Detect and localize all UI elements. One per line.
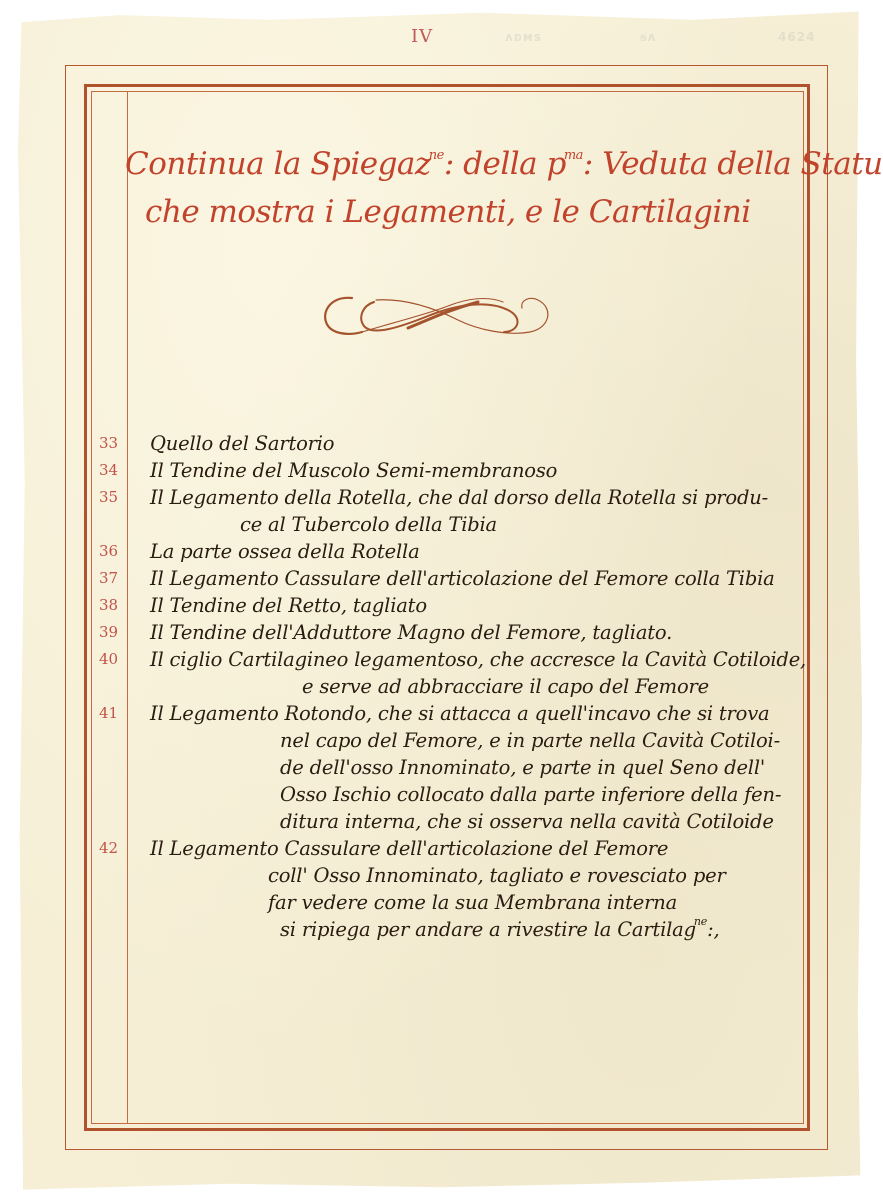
entry-number: 37 — [92, 565, 125, 592]
title-text: Continua la Spiegaz — [125, 146, 431, 182]
entry-text: Il Legamento Cassulare dell'articolazion… — [92, 835, 804, 862]
entry-text: Quello del Sartorio — [92, 430, 804, 457]
legend-entry-35: 35 Il Legamento della Rotella, che dal d… — [92, 484, 804, 538]
entry-text: Il Tendine del Retto, tagliato — [92, 592, 804, 619]
entry-number: 36 — [92, 538, 125, 565]
bleed-through-stamp: 4624 — [778, 30, 815, 44]
title-line-1: Continua la Spiegazne: della pma: Veduta… — [125, 140, 805, 188]
entry-text: Il Tendine dell'Adduttore Magno del Femo… — [92, 619, 804, 646]
entry-number: 34 — [92, 457, 125, 484]
bleed-through-stamp: ᴧᴅᴍs — [505, 30, 542, 44]
legend-entry-41: 41 Il Legamento Rotondo, che si attacca … — [92, 700, 804, 835]
title-text: : Veduta della Statua — [583, 146, 883, 182]
entry-text: Il Legamento Rotondo, che si attacca a q… — [92, 700, 804, 727]
page-title: Continua la Spiegazne: della pma: Veduta… — [125, 140, 805, 236]
entry-number: 40 — [92, 646, 125, 673]
legend-entry-36: 36 La parte ossea della Rotella — [92, 538, 804, 565]
entry-text-continuation: e serve ad abbracciare il capo del Femor… — [92, 673, 804, 700]
entry-text: Il Tendine del Muscolo Semi-membranoso — [92, 457, 804, 484]
legend-entry-42: 42 Il Legamento Cassulare dell'articolaz… — [92, 835, 804, 943]
entry-text-fragment: si ripiega per andare a rivestire la Car… — [280, 918, 696, 941]
entry-text-continuation: Osso Ischio collocato dalla parte inferi… — [92, 781, 804, 808]
entry-number: 38 — [92, 592, 125, 619]
entry-text-continuation: ce al Tubercolo della Tibia — [92, 511, 804, 538]
legend-entry-34: 34 Il Tendine del Muscolo Semi-membranos… — [92, 457, 804, 484]
entry-number: 35 — [92, 484, 125, 511]
page-number: IV — [411, 26, 433, 47]
entry-text: La parte ossea della Rotella — [92, 538, 804, 565]
entry-text: Il ciglio Cartilagineo legamentoso, che … — [92, 646, 804, 673]
title-line-2: che mostra i Legamenti, e le Cartilagini — [125, 188, 805, 236]
legend-entry-40: 40 Il ciglio Cartilagineo legamentoso, c… — [92, 646, 804, 700]
title-text: : della p — [444, 146, 566, 182]
abbreviation-superscript: ma — [564, 148, 583, 163]
entry-text-continuation: nel capo del Femore, e in parte nella Ca… — [92, 727, 804, 754]
entry-text-continuation: de dell'osso Innominato, e parte in quel… — [92, 754, 804, 781]
abbreviation-superscript: ne — [429, 148, 444, 163]
calligraphic-flourish-icon — [318, 288, 558, 344]
entry-text-continuation: far vedere come la sua Membrana interna — [92, 889, 804, 916]
legend-entries: 33 Quello del Sartorio 34 Il Tendine del… — [92, 430, 804, 943]
legend-entry-37: 37 Il Legamento Cassulare dell'articolaz… — [92, 565, 804, 592]
entry-number: 39 — [92, 619, 125, 646]
entry-text-fragment: :, — [707, 918, 719, 941]
entry-number: 41 — [92, 700, 125, 727]
entry-number: 33 — [92, 430, 125, 457]
entry-text-continuation: si ripiega per andare a rivestire la Car… — [92, 916, 804, 943]
legend-entry-39: 39 Il Tendine dell'Adduttore Magno del F… — [92, 619, 804, 646]
entry-text: Il Legamento della Rotella, che dal dors… — [92, 484, 804, 511]
abbreviation-superscript: ne — [694, 915, 707, 928]
legend-entry-33: 33 Quello del Sartorio — [92, 430, 804, 457]
bleed-through-stamp: ᵴᴧ — [640, 30, 657, 44]
entry-text: Il Legamento Cassulare dell'articolazion… — [92, 565, 804, 592]
legend-entry-38: 38 Il Tendine del Retto, tagliato — [92, 592, 804, 619]
entry-text-continuation: ditura interna, che si osserva nella cav… — [92, 808, 804, 835]
entry-number: 42 — [92, 835, 125, 862]
entry-text-continuation: coll' Osso Innominato, tagliato e rovesc… — [92, 862, 804, 889]
